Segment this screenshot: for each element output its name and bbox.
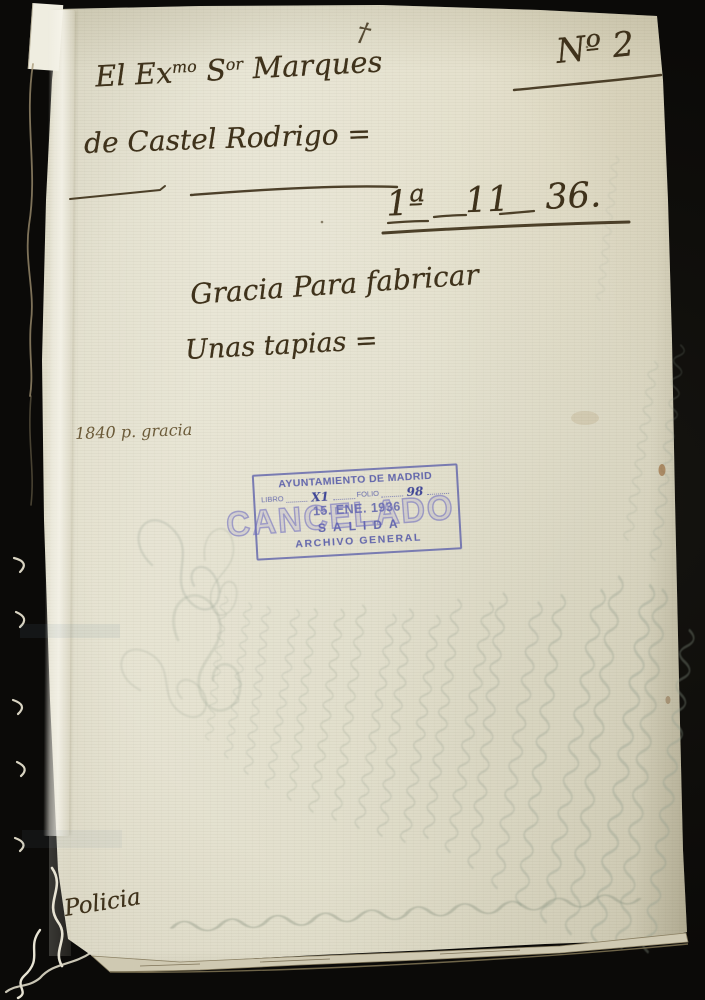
folio-number: Nº 2 [554, 24, 636, 72]
header-superscript: mo [172, 57, 198, 77]
docket-part: 11 [464, 179, 510, 221]
header-part: El Ex [94, 56, 173, 94]
docket-gap [510, 209, 546, 211]
docket-part: 36. [545, 175, 602, 217]
docket-gap [425, 212, 465, 214]
header-part: S [196, 53, 227, 88]
header-part: Marques [242, 44, 383, 85]
scanned-document: † Nº 2 El Exmo Sor Marques de Castel Rod… [0, 0, 705, 1000]
header-superscript: or [225, 54, 243, 74]
docket-part: 1ª [385, 183, 426, 225]
